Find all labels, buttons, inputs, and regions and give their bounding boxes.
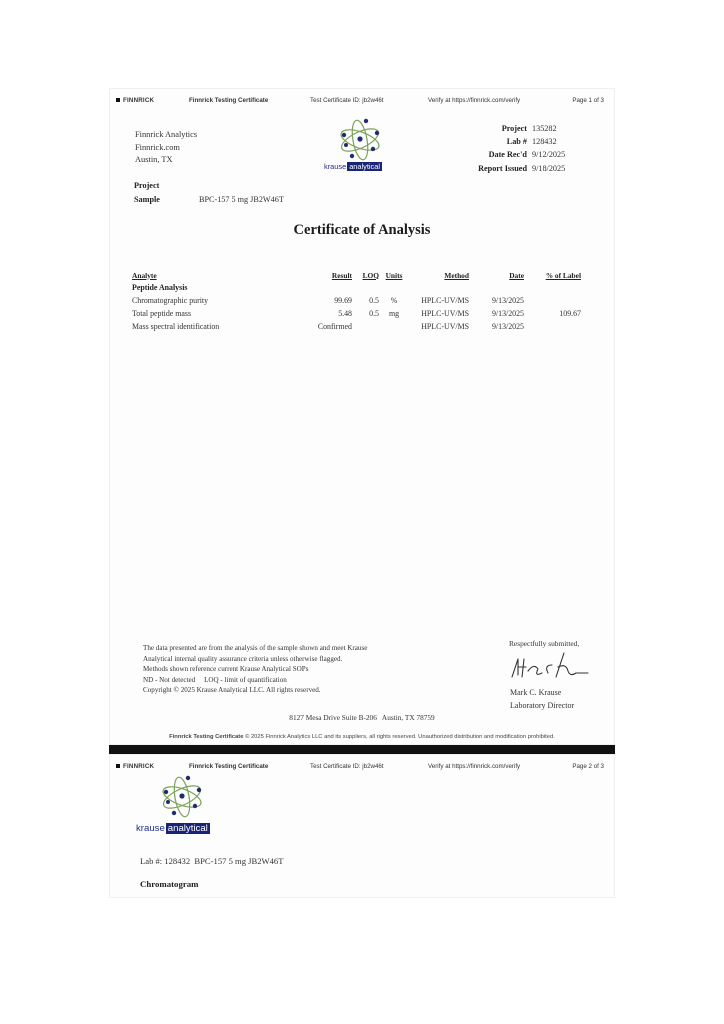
report-meta: Project135282 Lab #128432 Date Rec'd9/12… [430, 122, 565, 175]
project-label: Project [134, 181, 159, 190]
lab-address: 8127 Mesa Drive Suite B-206 Austin, TX 7… [110, 713, 614, 722]
lab-sample-line: Lab #: 128432 BPC-157 5 mg JB2W46T [140, 856, 283, 866]
certificate-id: Test Certificate ID: jb2w46t [310, 763, 384, 770]
signature-closing: Respectfully submitted, [509, 639, 579, 648]
table-row: Total peptide mass 5.48 0.5 mg HPLC-UV/M… [132, 307, 581, 320]
krause-logo: krause analytical [136, 771, 220, 834]
col-method: Method [409, 269, 469, 281]
page-number: Page 1 of 3 [572, 97, 604, 104]
client-name: Finnrick Analytics [135, 129, 197, 142]
header-title: Finnrick Testing Certificate [189, 97, 268, 104]
signatory: Mark C. Krause Laboratory Director [510, 687, 574, 712]
meta-date-received: Date Rec'd9/12/2025 [430, 148, 565, 161]
header-title: Finnrick Testing Certificate [189, 763, 268, 770]
meta-lab-number: Lab #128432 [430, 135, 565, 148]
atom-icon [326, 118, 398, 162]
meta-project: Project135282 [430, 122, 565, 135]
section-title: Peptide Analysis [132, 281, 581, 294]
verify-link[interactable]: Verify at https://finnrick.com/verify [428, 97, 520, 104]
page-footer: Finnrick Testing Certificate © 2025 Finn… [110, 734, 614, 740]
logo-wordmark: krause analytical [324, 162, 398, 171]
page-header: FINNRICK Finnrick Testing Certificate Te… [110, 89, 614, 111]
col-pct-label: % of Label [524, 269, 581, 281]
krause-logo: krause analytical [324, 118, 398, 171]
sample-value: BPC-157 5 mg JB2W46T [199, 195, 284, 204]
client-address: Finnrick Analytics Finnrick.com Austin, … [135, 129, 197, 167]
certificate-page-2: FINNRICK Finnrick Testing Certificate Te… [109, 754, 615, 898]
meta-report-issued: Report Issued9/18/2025 [430, 162, 565, 175]
signatory-name: Mark C. Krause [510, 687, 574, 700]
section-row: Peptide Analysis [132, 281, 581, 294]
client-website: Finnrick.com [135, 142, 197, 155]
document-title: Certificate of Analysis [110, 222, 614, 239]
atom-icon [148, 771, 220, 823]
page-number: Page 2 of 3 [572, 763, 604, 770]
table-header-row: Analyte Result LOQ Units Method Date % o… [132, 269, 581, 281]
table-row: Chromatographic purity 99.69 0.5 % HPLC-… [132, 294, 581, 307]
disclaimer-notes: The data presented are from the analysis… [143, 643, 367, 696]
col-loq: LOQ [352, 269, 379, 281]
col-analyte: Analyte [132, 269, 307, 281]
logo-wordmark: krause analytical [136, 823, 220, 834]
certificate-id: Test Certificate ID: jb2w46t [310, 97, 384, 104]
results-table: Analyte Result LOQ Units Method Date % o… [132, 269, 581, 333]
table-row: Mass spectral identification Confirmed H… [132, 320, 581, 333]
verify-link[interactable]: Verify at https://finnrick.com/verify [428, 763, 520, 770]
col-result: Result [307, 269, 352, 281]
sample-label: Sample [134, 195, 160, 204]
chromatogram-heading: Chromatogram [140, 879, 198, 889]
certificate-page-1: FINNRICK Finnrick Testing Certificate Te… [109, 88, 615, 745]
signature-image [508, 651, 590, 685]
col-date: Date [469, 269, 524, 281]
finnrick-brand: FINNRICK [116, 97, 154, 104]
signatory-role: Laboratory Director [510, 700, 574, 713]
page-separator [109, 745, 615, 754]
finnrick-brand: FINNRICK [116, 763, 154, 770]
client-city: Austin, TX [135, 154, 197, 167]
col-units: Units [379, 269, 409, 281]
